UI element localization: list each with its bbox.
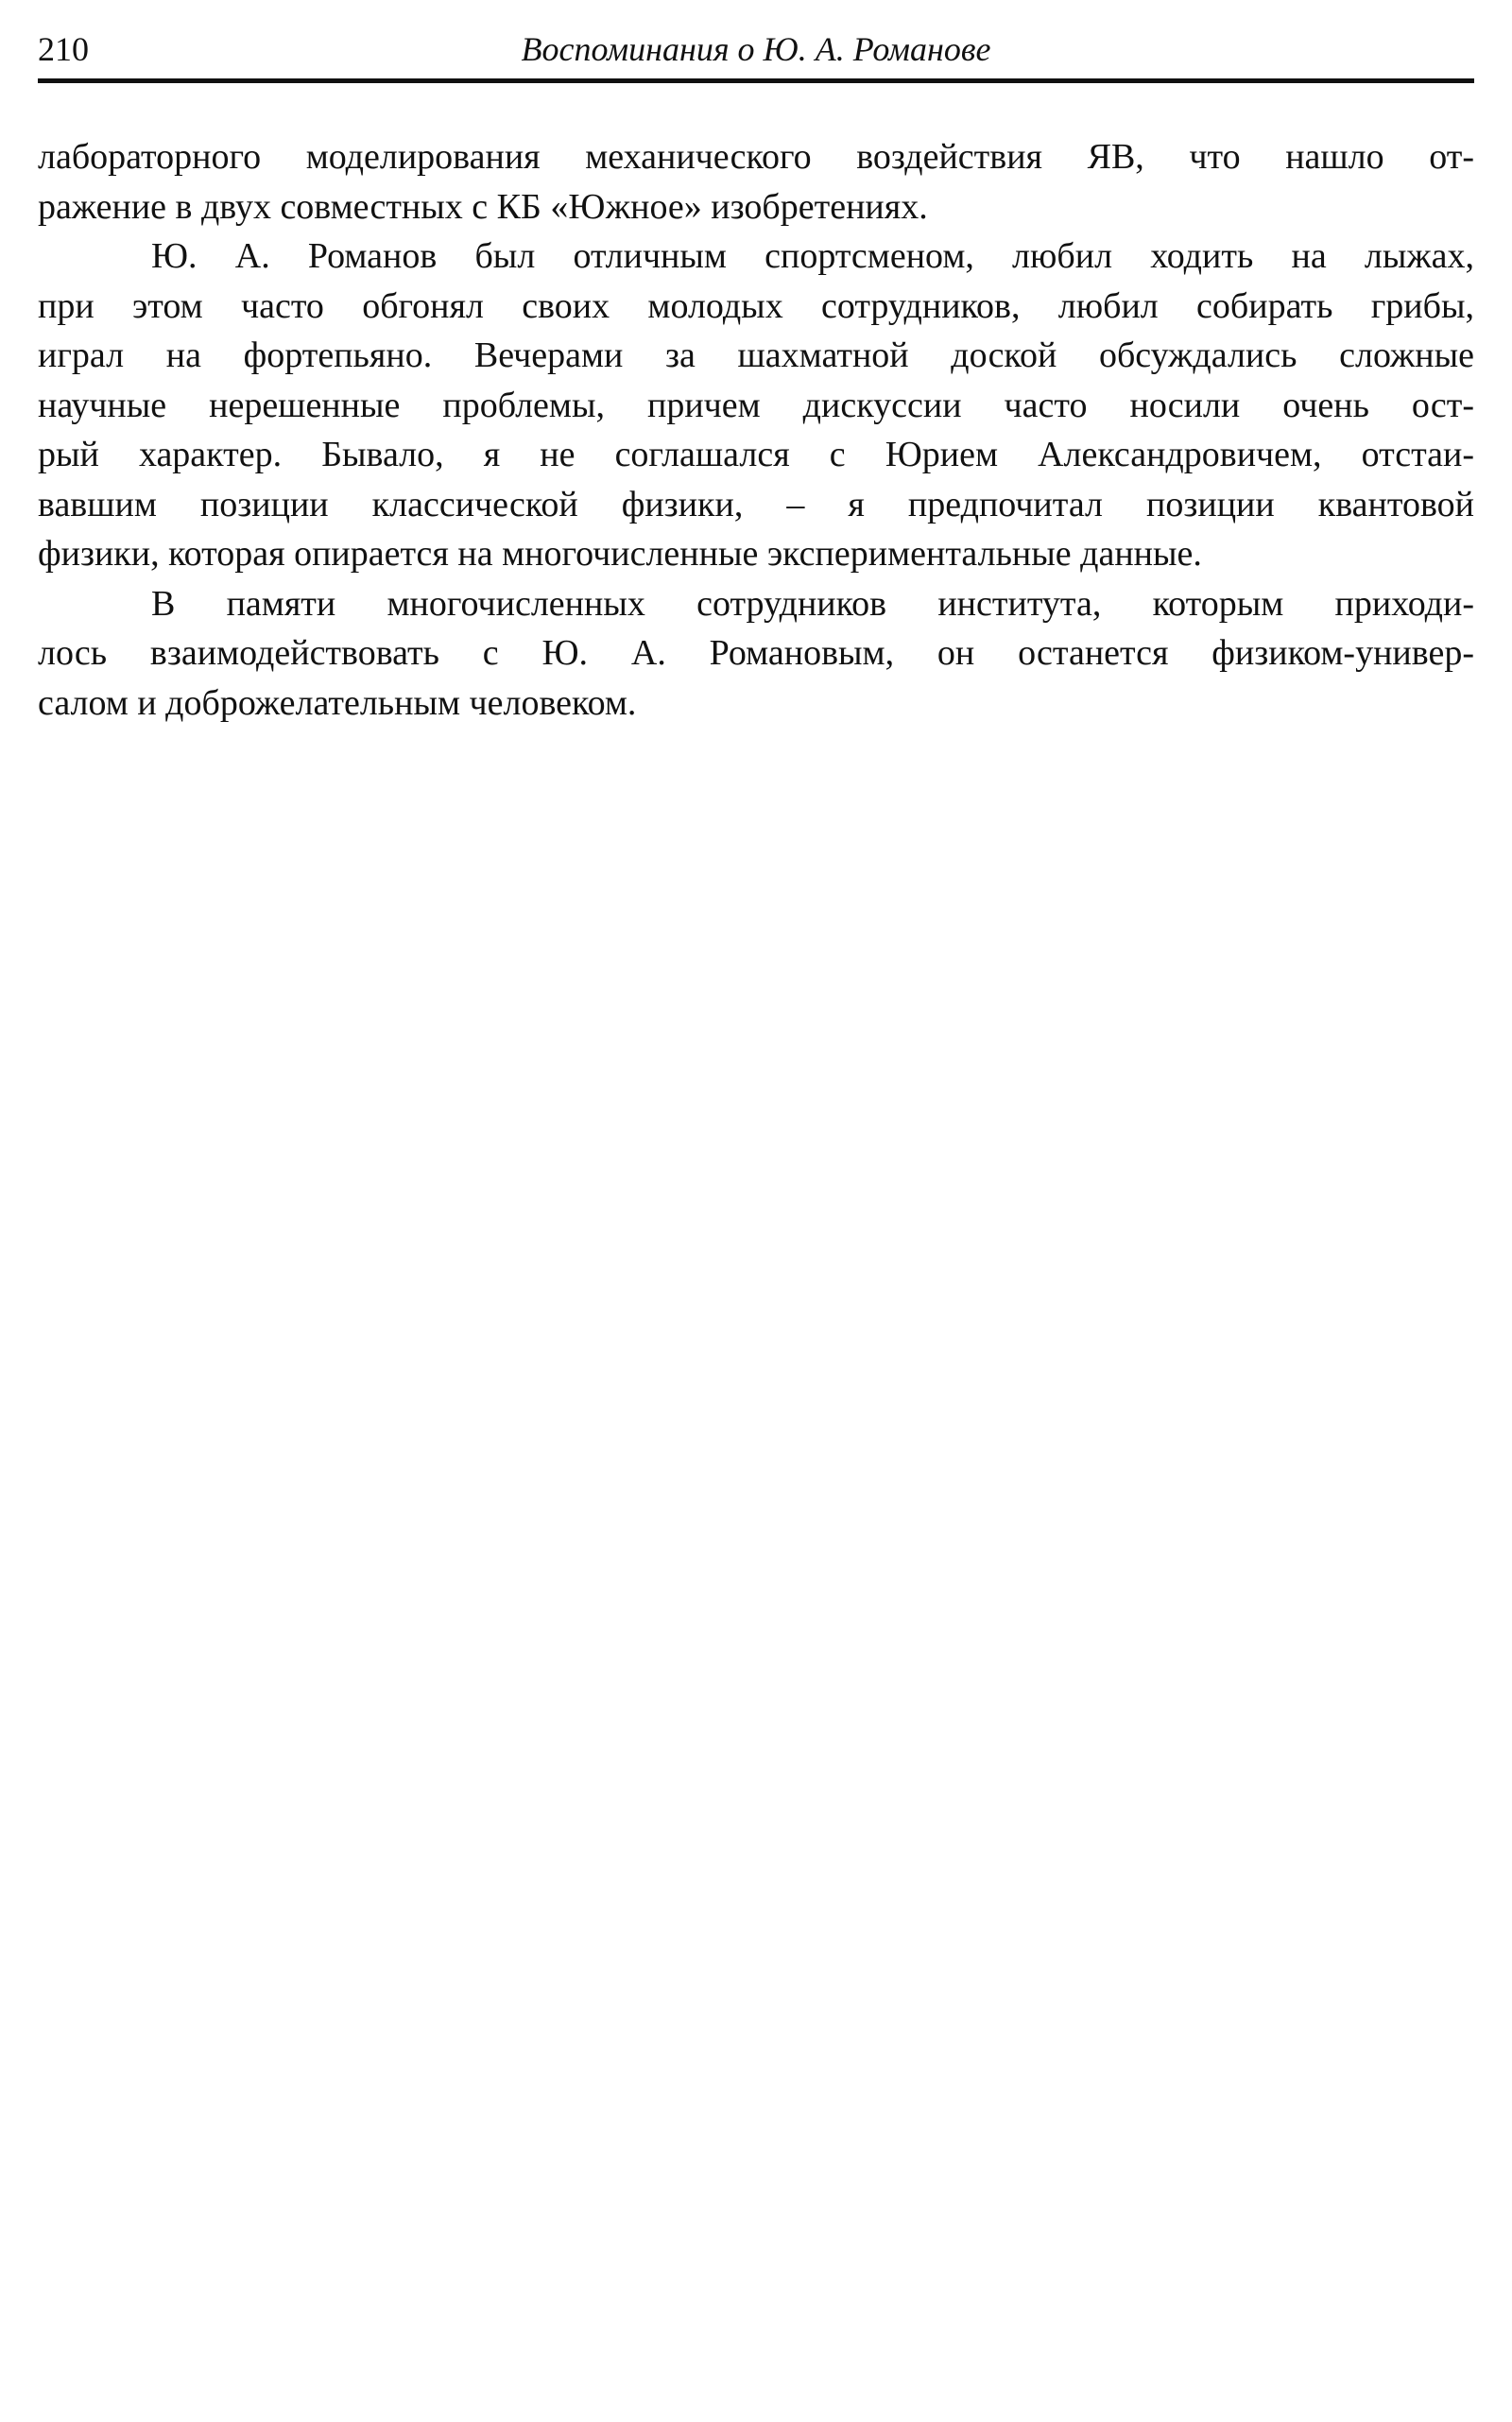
text-line: рый характер. Бывало, я не соглашался с … <box>38 430 1474 480</box>
text-line: физики, которая опирается на многочислен… <box>38 529 1474 579</box>
running-title: Воспоминания о Ю. А. Романове <box>0 28 1512 70</box>
text-line: научные нерешенные проблемы, причем диск… <box>38 381 1474 431</box>
text-line: Ю. А. Романов был отличным спортсменом, … <box>38 232 1474 282</box>
text-line: салом и доброжелательным человеком. <box>38 679 1474 729</box>
header-rule <box>38 78 1474 83</box>
text-line: лось взаимодействовать с Ю. А. Романовым… <box>38 628 1474 679</box>
text-line: при этом часто обгонял своих молодых сот… <box>38 282 1474 332</box>
text-line: ражение в двух совместных с КБ «Южное» и… <box>38 182 1474 232</box>
body-text: лабораторного моделирования механическог… <box>38 132 1474 728</box>
text-line: играл на фортепьяно. Вечерами за шахматн… <box>38 331 1474 381</box>
text-line: В памяти многочисленных сотрудников инст… <box>38 579 1474 629</box>
text-line: лабораторного моделирования механическог… <box>38 132 1474 182</box>
text-line: вавшим позиции классической физики, – я … <box>38 480 1474 530</box>
